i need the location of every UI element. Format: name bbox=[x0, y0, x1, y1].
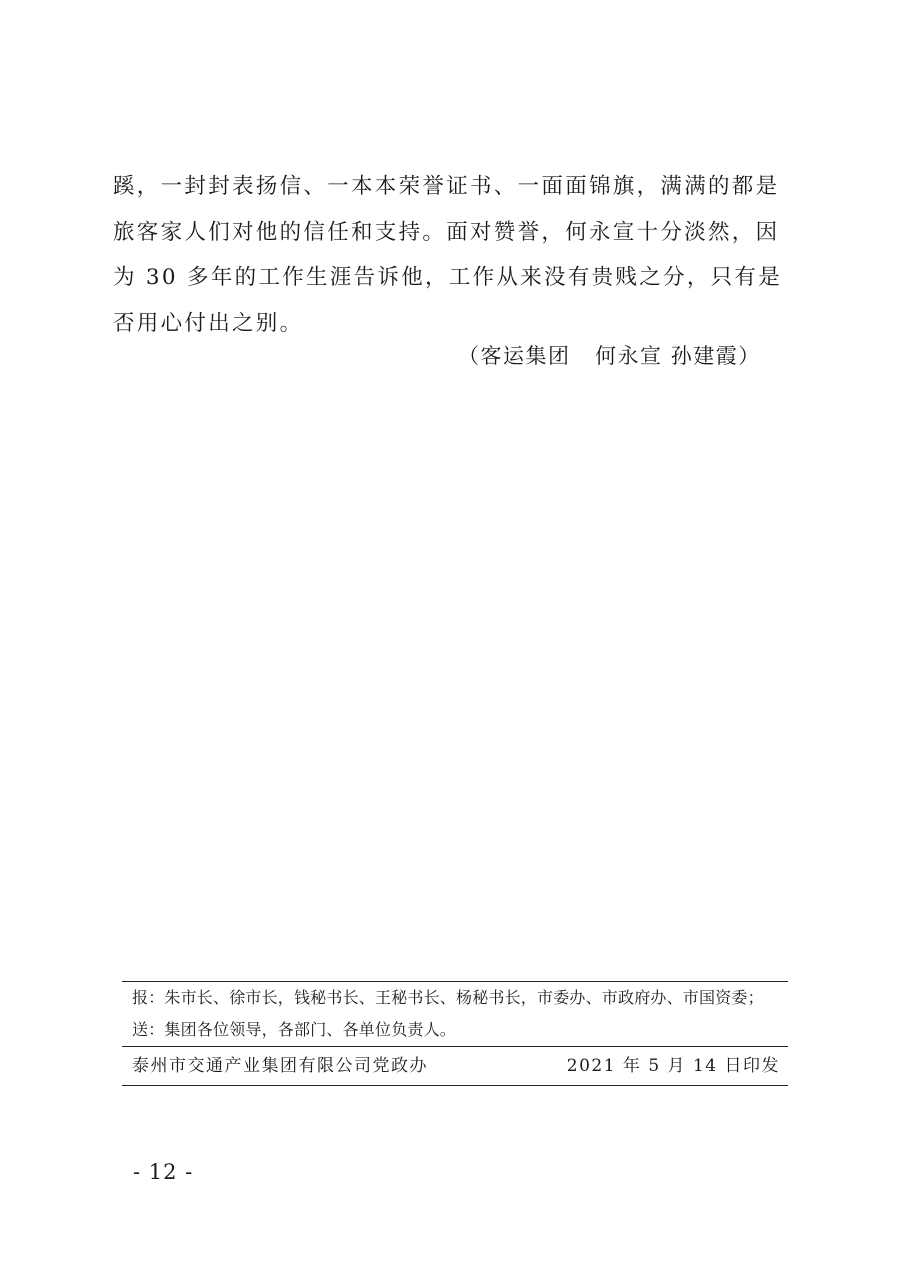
body-line-1: 蹊，一封封表扬信、一本本荣誉证书、一面面锦旗，满满的都是 bbox=[113, 164, 793, 210]
body-line-3: 为 30 多年的工作生涯告诉他，工作从来没有贵贱之分，只有是 bbox=[113, 255, 793, 301]
page-number: - 12 - bbox=[133, 1160, 193, 1184]
bottom-divider bbox=[122, 1085, 788, 1086]
report-to-line: 报：朱市长、徐市长，钱秘书长、王秘书长、杨秘书长，市委办、市政府办、市国资委； bbox=[122, 982, 788, 1014]
issue-date: 2021 年 5 月 14 日印发 bbox=[567, 1047, 780, 1085]
issuer-name: 泰州市交通产业集团有限公司党政办 bbox=[132, 1047, 428, 1085]
author-signature: （客运集团 何永宣 孙建霞） bbox=[458, 338, 761, 374]
body-line-2: 旅客家人们对他的信任和支持。面对赞誉，何永宣十分淡然，因 bbox=[113, 210, 793, 256]
issuer-row: 泰州市交通产业集团有限公司党政办 2021 年 5 月 14 日印发 bbox=[122, 1047, 788, 1085]
article-body: 蹊，一封封表扬信、一本本荣誉证书、一面面锦旗，满满的都是 旅客家人们对他的信任和… bbox=[113, 164, 793, 346]
distribution-footer: 报：朱市长、徐市长，钱秘书长、王秘书长、杨秘书长，市委办、市政府办、市国资委； … bbox=[122, 981, 788, 1086]
send-to-line: 送：集团各位领导，各部门、各单位负责人。 bbox=[122, 1014, 788, 1046]
